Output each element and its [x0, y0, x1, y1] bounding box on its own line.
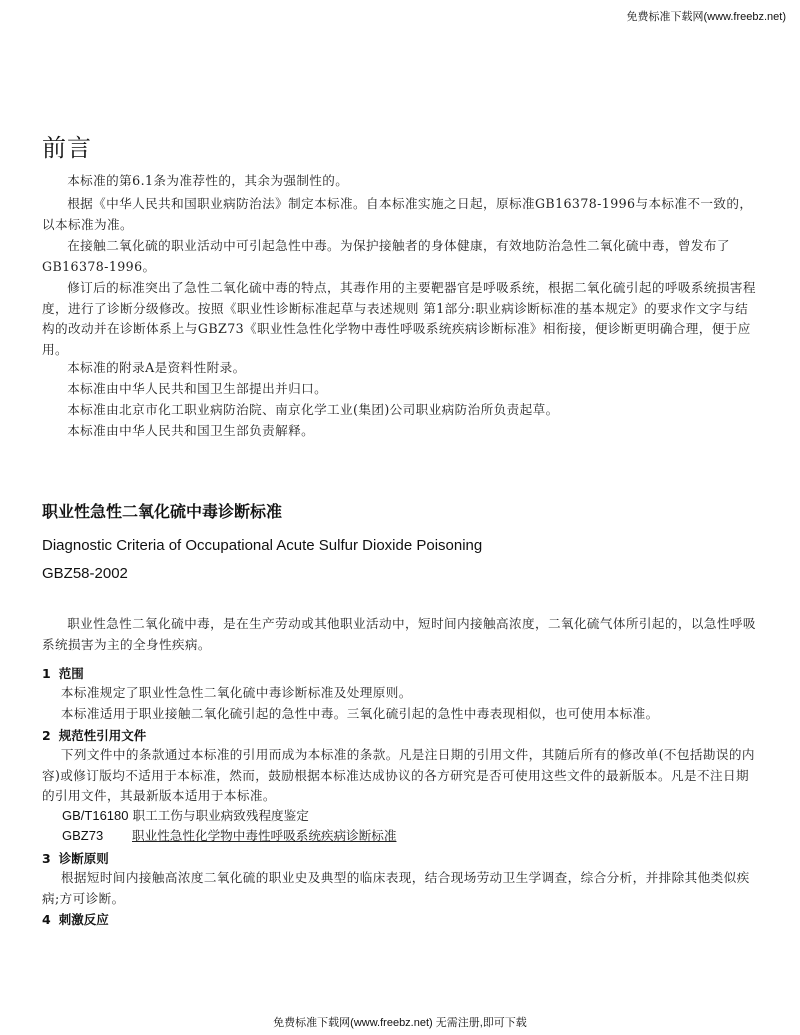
section-number: 3 — [42, 851, 51, 866]
section-heading-scope: 1范围 — [42, 664, 84, 682]
preface-paragraph: 本标准的第6.1条为准荐性的，其余为强制性的。 — [42, 171, 758, 192]
section-number: 2 — [42, 728, 51, 743]
preface-paragraph: 本标准由中华人民共和国卫生部负责解释。 — [42, 421, 758, 442]
section-title: 规范性引用文件 — [59, 728, 147, 743]
reference-item: GBZ73 职业性急性化学物中毒性呼吸系统疾病诊断标准 — [62, 826, 396, 846]
reference-item: GB/T16180 职工工伤与职业病致残程度鉴定 — [62, 806, 309, 826]
section-paragraph: 根据短时间内接触高浓度二氧化硫的职业史及典型的临床表现，结合现场劳动卫生学调查，… — [42, 868, 758, 909]
header-watermark: 免费标准下载网(www.freebz.net) — [626, 8, 786, 24]
section-heading-irritation-reaction: 4刺激反应 — [42, 910, 109, 928]
section-heading-diagnostic-principles: 3诊断原则 — [42, 849, 109, 867]
standard-title-en: Diagnostic Criteria of Occupational Acut… — [42, 537, 482, 554]
reference-title: 职工工伤与职业病致残程度鉴定 — [133, 808, 309, 823]
preface-paragraph: 修订后的标准突出了急性二氧化硫中毒的特点，其毒作用的主要靶器官是呼吸系统，根据二… — [42, 278, 758, 360]
reference-code: GB/T16180 — [62, 806, 129, 826]
section-heading-normative-references: 2规范性引用文件 — [42, 726, 146, 744]
reference-title-link[interactable]: 职业性急性化学物中毒性呼吸系统疾病诊断标准 — [132, 828, 396, 843]
section-title: 诊断原则 — [59, 851, 109, 866]
section-number: 1 — [42, 666, 51, 681]
preface-paragraph: 本标准由北京市化工职业病防治院、南京化学工业(集团)公司职业病防治所负责起草。 — [42, 400, 758, 421]
standard-intro: 职业性急性二氧化硫中毒，是在生产劳动或其他职业活动中，短时间内接触高浓度，二氧化… — [42, 614, 758, 655]
preface-paragraph: 根据《中华人民共和国职业病防治法》制定本标准。自本标准实施之日起，原标准GB16… — [42, 194, 758, 235]
section-paragraph: 下列文件中的条款通过本标准的引用而成为本标准的条款。凡是注日期的引用文件，其随后… — [42, 745, 758, 807]
preface-paragraph: 本标准的附录A是资料性附录。 — [42, 358, 758, 379]
section-paragraph: 本标准适用于职业接触二氧化硫引起的急性中毒。三氧化硫引起的急性中毒表现相似，也可… — [42, 704, 758, 725]
preface-paragraph: 在接触二氧化硫的职业活动中可引起急性中毒。为保护接触者的身体健康，有效地防治急性… — [42, 236, 758, 277]
preface-title: 前言 — [42, 128, 92, 163]
standard-title-cn: 职业性急性二氧化硫中毒诊断标准 — [42, 499, 282, 522]
section-paragraph: 本标准规定了职业性急性二氧化硫中毒诊断标准及处理原则。 — [42, 683, 758, 704]
section-number: 4 — [42, 912, 51, 927]
footer-watermark: 免费标准下载网(www.freebz.net) 无需注册,即可下载 — [0, 1014, 800, 1030]
standard-code: GBZ58-2002 — [42, 565, 128, 582]
section-title: 刺激反应 — [59, 912, 109, 927]
section-title: 范围 — [59, 666, 84, 681]
preface-paragraph: 本标准由中华人民共和国卫生部提出并归口。 — [42, 379, 758, 400]
reference-code: GBZ73 — [62, 826, 128, 846]
